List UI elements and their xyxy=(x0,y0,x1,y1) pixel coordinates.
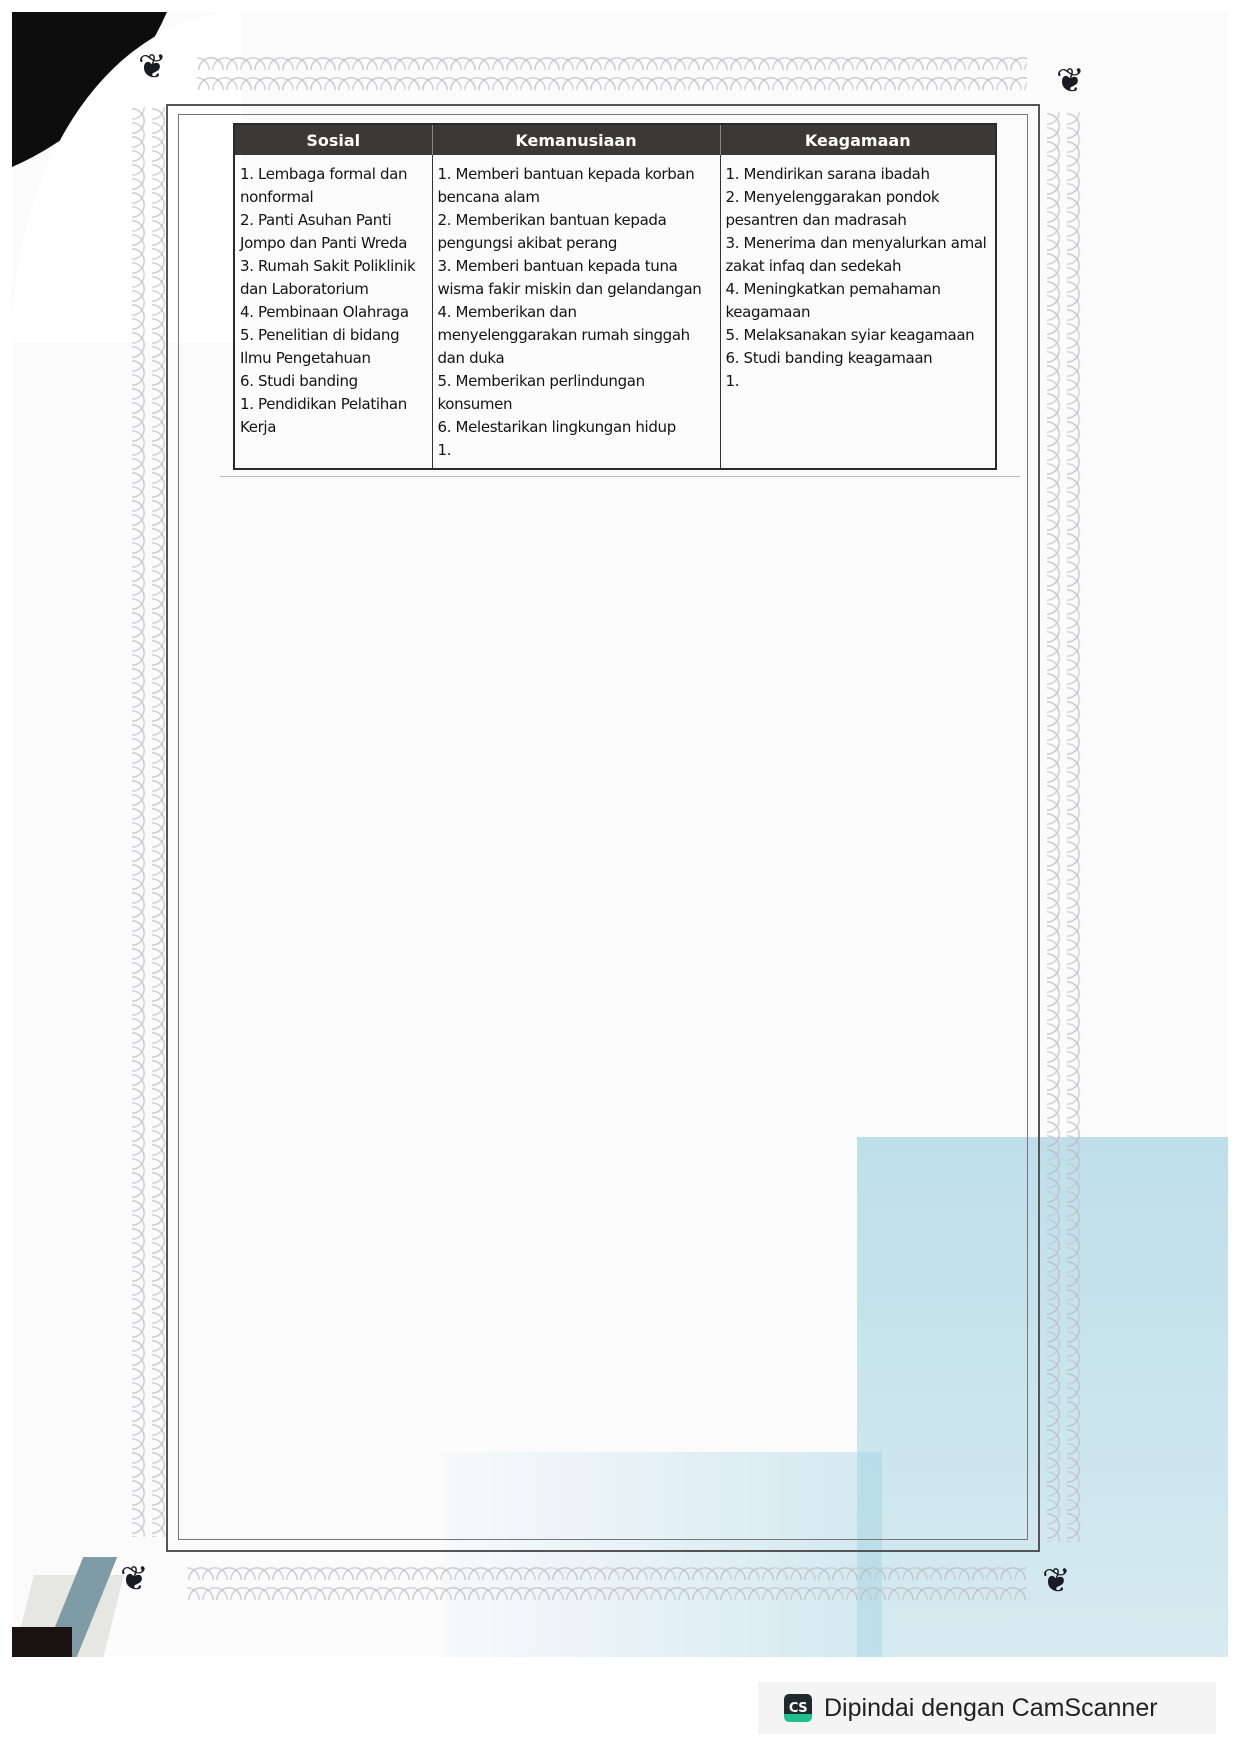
list-item: 2. Menyelenggarakan pondok pesantren dan… xyxy=(726,186,992,232)
list-item: 4. Pembinaan Olahraga xyxy=(240,301,428,324)
camscanner-logo-icon: CS xyxy=(784,1694,812,1722)
bottom-scallop-border xyxy=(187,1560,1027,1600)
right-scallop-border xyxy=(1047,112,1087,1542)
list-item: 1. Memberi bantuan kepada korban bencana… xyxy=(438,163,716,209)
list-item: 3. Menerima dan menyalurkan amal zakat i… xyxy=(726,232,992,278)
list-item: 4. Meningkatkan pemahaman keagamaan xyxy=(726,278,992,324)
list-item: 6. Studi banding keagamaan xyxy=(726,347,992,370)
table-underline xyxy=(220,476,1020,477)
activity-table: Sosial Kemanusiaan Keagamaan 1. Lembaga … xyxy=(233,123,995,470)
floral-corner-ornament-icon: ❦ xyxy=(1042,1564,1071,1598)
list-item: 1. Lembaga formal dan nonformal xyxy=(240,163,428,209)
table-row: 1. Lembaga formal dan nonformal 2. Panti… xyxy=(234,155,996,469)
camscanner-watermark: CS Dipindai dengan CamScanner xyxy=(758,1682,1216,1734)
foreground-object xyxy=(12,1557,142,1657)
floral-corner-ornament-icon: ❦ xyxy=(1056,64,1085,98)
column-header-keagamaan: Keagamaan xyxy=(720,124,996,155)
keagamaan-cell: 1. Mendirikan sarana ibadah 2. Menyeleng… xyxy=(720,155,996,469)
list-item: 6. Melestarikan lingkungan hidup xyxy=(438,416,716,439)
list-item: 3. Rumah Sakit Poliklinik dan Laboratori… xyxy=(240,255,428,301)
kemanusiaan-cell: 1. Memberi bantuan kepada korban bencana… xyxy=(432,155,720,469)
list-item: 4. Memberikan dan menyelenggarakan rumah… xyxy=(438,301,716,370)
column-header-kemanusiaan: Kemanusiaan xyxy=(432,124,720,155)
floral-corner-ornament-icon: ❦ xyxy=(138,50,167,84)
list-item: 5. Memberikan perlindungan konsumen xyxy=(438,370,716,416)
table-header-row: Sosial Kemanusiaan Keagamaan xyxy=(234,124,996,155)
column-header-sosial: Sosial xyxy=(234,124,432,155)
list-item: 6. Studi banding xyxy=(240,370,428,393)
list-item: 1. xyxy=(438,439,716,462)
list-item: 1. Mendirikan sarana ibadah xyxy=(726,163,992,186)
list-item: 3. Memberi bantuan kepada tuna wisma fak… xyxy=(438,255,716,301)
list-item: 2. Memberikan bantuan kepada pengungsi a… xyxy=(438,209,716,255)
list-item: 1. Pendidikan Pelatihan Kerja xyxy=(240,393,428,439)
sosial-cell: 1. Lembaga formal dan nonformal 2. Panti… xyxy=(234,155,432,469)
list-item: 1. xyxy=(726,370,992,393)
list-item: 5. Penelitian di bidang Ilmu Pengetahuan xyxy=(240,324,428,370)
category-table: Sosial Kemanusiaan Keagamaan 1. Lembaga … xyxy=(233,123,997,470)
list-item: 2. Panti Asuhan Panti Jompo dan Panti Wr… xyxy=(240,209,428,255)
top-scallop-border xyxy=(197,50,1027,90)
list-item: 5. Melaksanakan syiar keagamaan xyxy=(726,324,992,347)
watermark-label: Dipindai dengan CamScanner xyxy=(824,1694,1158,1723)
